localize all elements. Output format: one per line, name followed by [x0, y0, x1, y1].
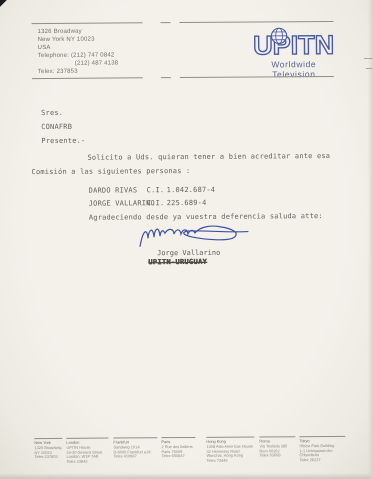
office-line: Telex 410987 — [114, 455, 158, 460]
recipient-location: Presente.- — [41, 137, 85, 145]
person-id-number: 225.689-4 — [167, 199, 207, 207]
address-line-telex: Telex: 237853 — [38, 67, 119, 76]
footer-office-newyork: New York 1326 Broadway, NY 10023 Telex 2… — [34, 438, 62, 460]
office-line: Telex 26237 — [300, 458, 346, 463]
scanned-letter-page: 1326 Broadway New York NY 10023 USA Tele… — [0, 0, 373, 479]
accredited-person-row: DARDO RIVAS C.I. 1.042.687-4 — [89, 186, 216, 195]
footer-office-hongkong: Hong Kong 1308 Asia Americas House 32 He… — [206, 437, 254, 464]
footer-office-roma: Roma Via Teulada 385 Rom 00162 Telex 636… — [259, 436, 295, 458]
footer-office-tokyo: Tokyo Hibiya Park Building 1-1 Uchisaiwa… — [299, 436, 345, 463]
person-name: DARDO RIVAS — [89, 186, 147, 194]
accredited-person-row: JORGE VALLARINO C.I. 225.689-4 — [89, 199, 207, 208]
person-id-number: 1.042.687-4 — [167, 186, 216, 194]
footer-office-frankfurt: Frankfurt Sandweg 101A D-6000 Frankfurt … — [113, 437, 157, 459]
footer-office-london: London UPITN House 24-30 Gerrard Street … — [66, 438, 108, 465]
office-line: Telex 63608 — [259, 454, 295, 459]
sender-address-block: 1326 Broadway New York NY 10023 USA Tele… — [38, 27, 119, 76]
person-name: JORGE VALLARINO — [89, 199, 147, 207]
office-line: Telex 237853 — [35, 455, 63, 460]
upitn-logo: UPITN Worldwide Television — [250, 32, 338, 80]
header-bottom-rule-dash — [161, 77, 171, 78]
paragraph-line-2: Comisión a las siguientes personas : — [31, 167, 190, 176]
person-id-label: C.I. — [147, 199, 167, 207]
recipient-name: CONAFRB — [41, 123, 72, 131]
header-rule-dash — [160, 22, 170, 23]
header-rule-left — [31, 22, 142, 24]
letter-content: 1326 Broadway New York NY 10023 USA Tele… — [0, 0, 373, 479]
paragraph-line-1: Solicito a Uds. quieran tener a bien acr… — [87, 152, 330, 162]
header-bottom-rule-left — [32, 77, 143, 79]
office-line: Telex 23942 — [67, 460, 109, 465]
address-line-telephone2: (212) 487 4138 — [38, 59, 119, 68]
recipient-salutation: Sres. — [41, 109, 63, 117]
typed-signature-org: UPITN-URUGUAY — [148, 258, 207, 266]
header-rule-right — [179, 21, 333, 23]
footer-office-paris: Paris 2 Rue des Italiens Paris 75009 Tel… — [161, 437, 195, 459]
person-id-label: C.I. — [147, 186, 167, 194]
office-line: Telex 73445 — [207, 459, 255, 464]
office-line: Telex 650847 — [162, 454, 196, 459]
globe-icon — [271, 27, 288, 44]
upitn-logo-wordmark: UPITN — [253, 32, 334, 58]
typed-signature-name: Jorge Vallarino — [157, 249, 220, 257]
